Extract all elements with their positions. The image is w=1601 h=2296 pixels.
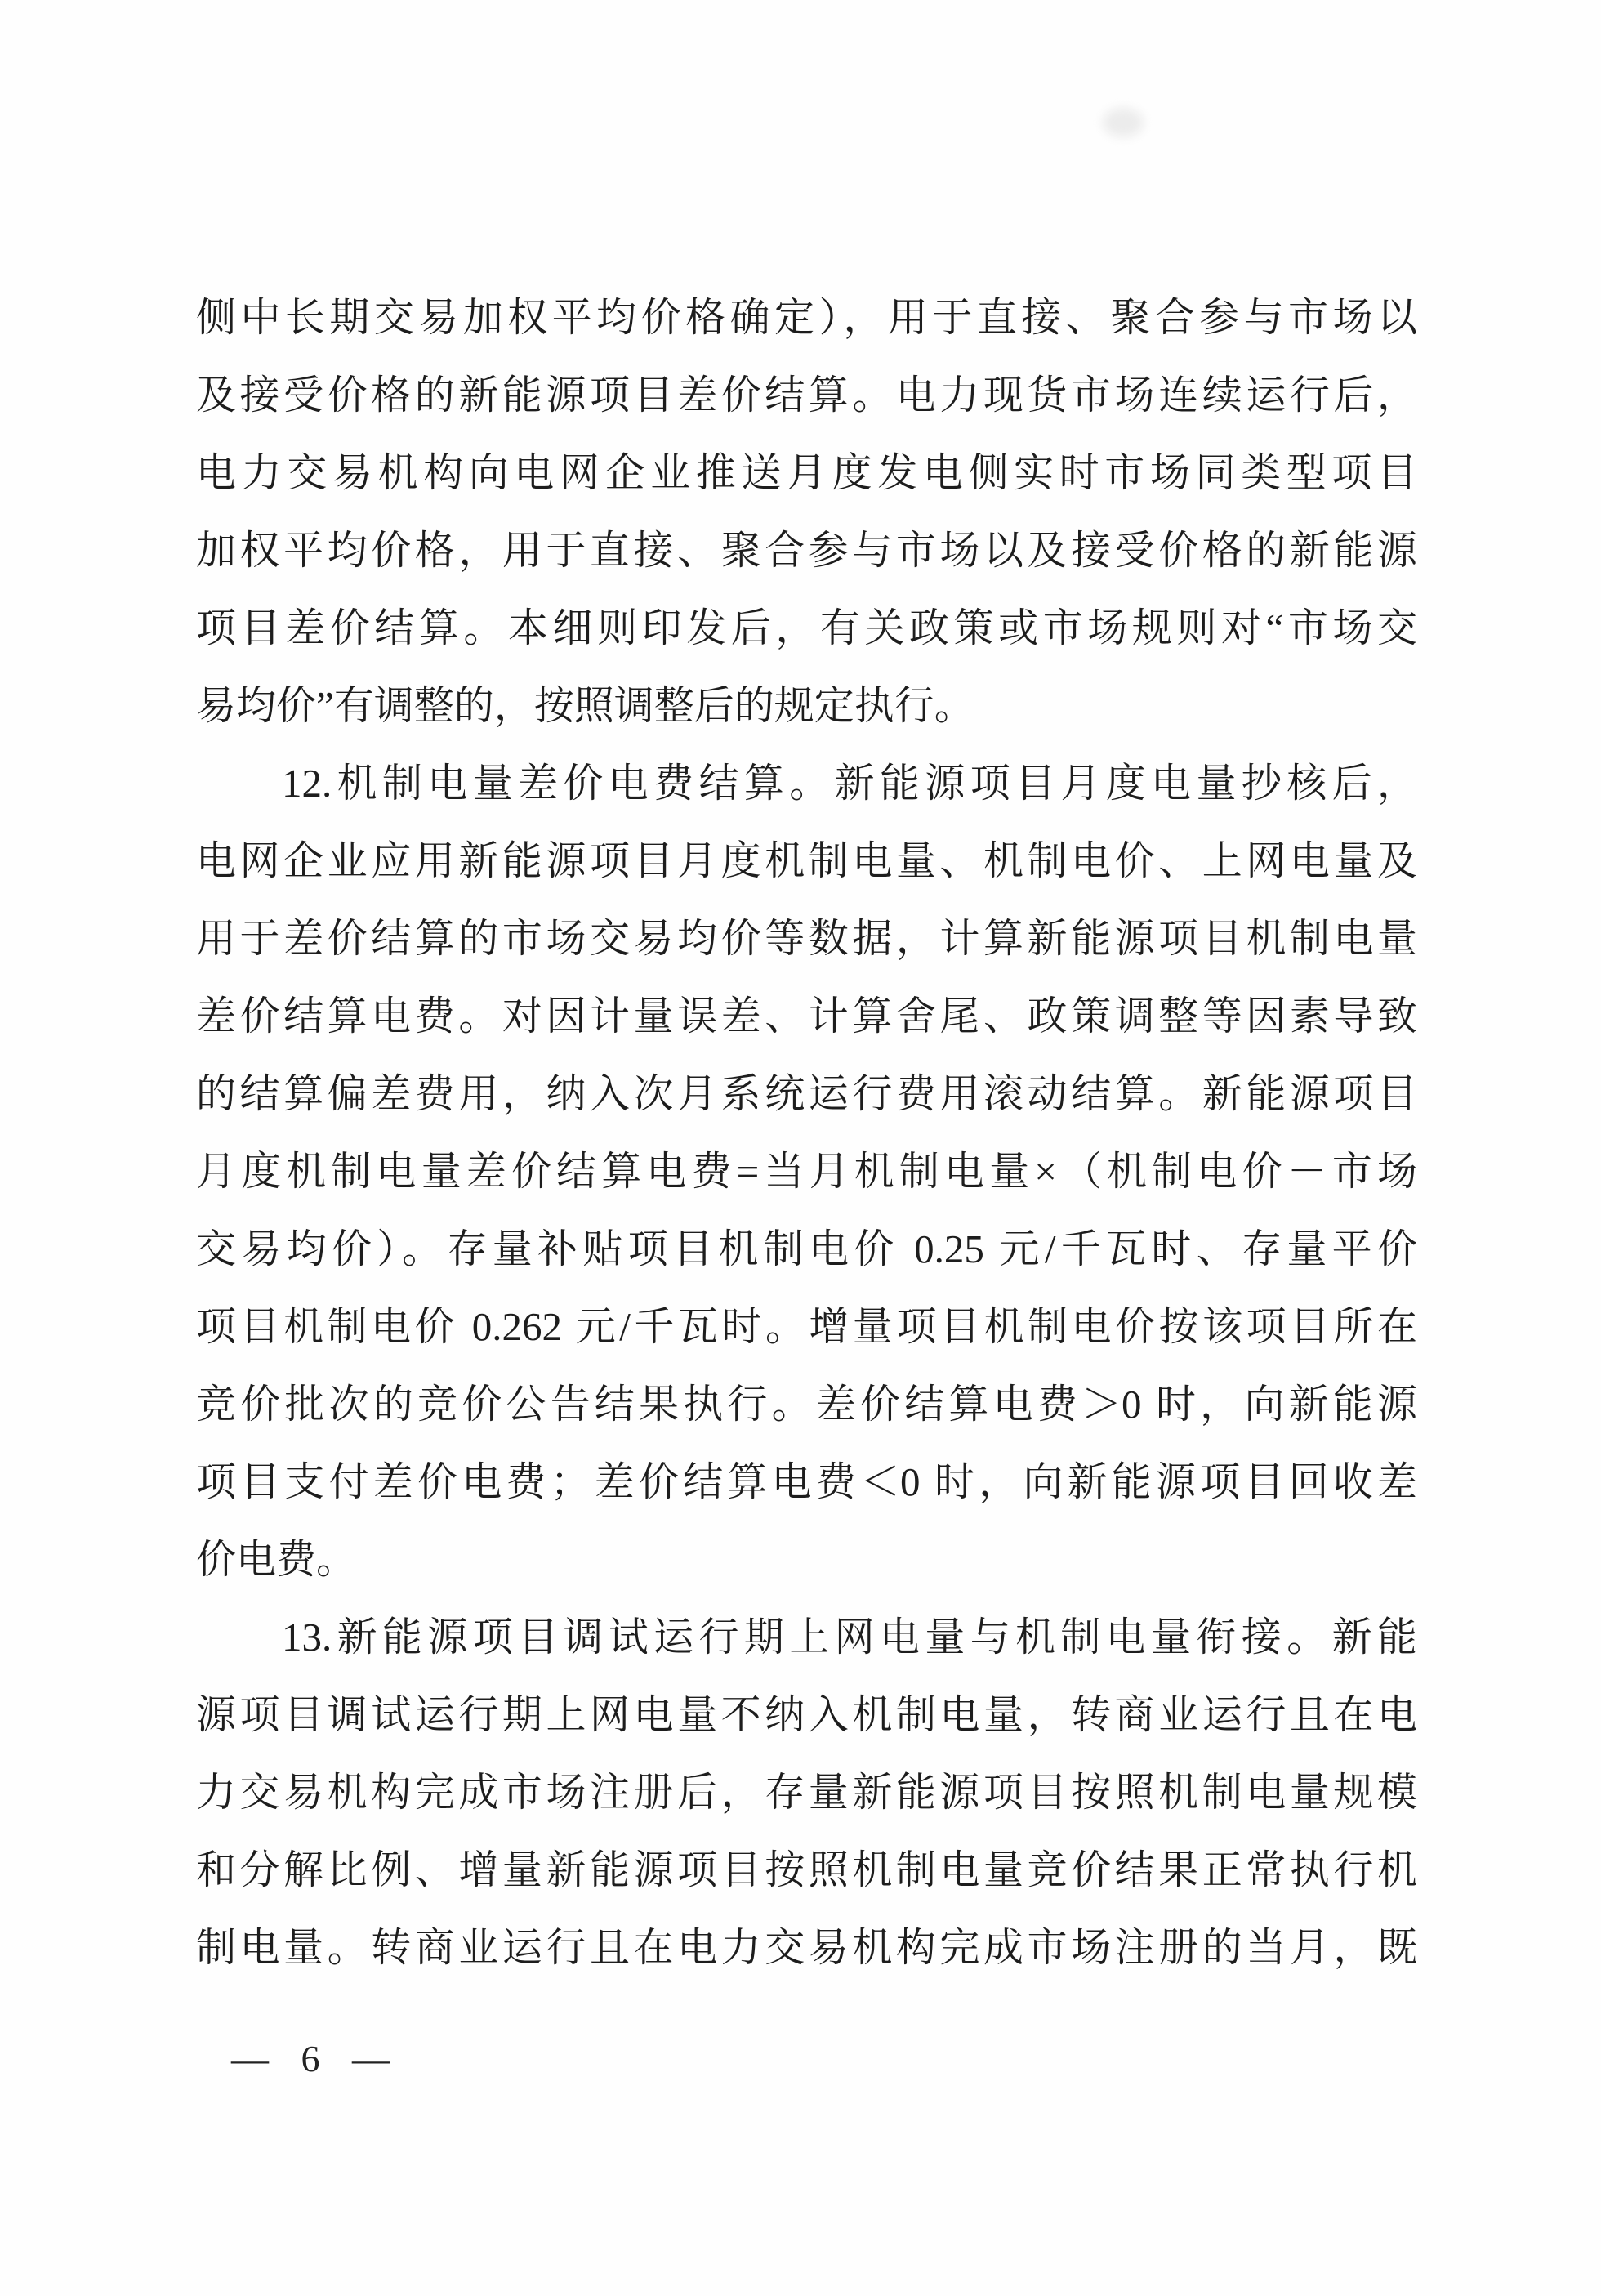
text-line: 侧中长期交易加权平均价格确定），用于直接、聚合参与市场以 — [196, 279, 1417, 356]
page-number: — 6 — — [231, 2025, 401, 2093]
text-line-paragraph-end: 价电费。 — [196, 1521, 1417, 1598]
text-line: 及接受价格的新能源项目差价结算。电力现货市场连续运行后， — [196, 356, 1417, 434]
text-line: 源项目调试运行期上网电量不纳入机制电量，转商业运行且在电 — [196, 1676, 1417, 1753]
document-page: 侧中长期交易加权平均价格确定），用于直接、聚合参与市场以 及接受价格的新能源项目… — [0, 0, 1601, 2296]
text-line: 项目支付差价电费；差价结算电费＜0 时，向新能源项目回收差 — [196, 1443, 1417, 1521]
text-line: 的结算偏差费用，纳入次月系统运行费用滚动结算。新能源项目 — [196, 1055, 1417, 1132]
body-text-block: 侧中长期交易加权平均价格确定），用于直接、聚合参与市场以 及接受价格的新能源项目… — [196, 279, 1417, 1986]
text-line: 制电量。转商业运行且在电力交易机构完成市场注册的当月，既 — [196, 1909, 1417, 1986]
text-line: 竞价批次的竞价公告结果执行。差价结算电费＞0 时，向新能源 — [196, 1365, 1417, 1443]
text-line: 力交易机构完成市场注册后，存量新能源项目按照机制电量规模 — [196, 1753, 1417, 1831]
text-line: 项目机制电价 0.262 元/千瓦时。增量项目机制电价按该项目所在 — [196, 1288, 1417, 1365]
scan-smudge-artifact — [1103, 108, 1144, 137]
text-line: 项目差价结算。本细则印发后，有关政策或市场规则对“市场交 — [196, 589, 1417, 667]
text-line-formula: 月度机制电量差价结算电费=当月机制电量×（机制电价－市场 — [196, 1132, 1417, 1210]
text-line: 电网企业应用新能源项目月度机制电量、机制电价、上网电量及 — [196, 822, 1417, 900]
text-line: 用于差价结算的市场交易均价等数据，计算新能源项目机制电量 — [196, 900, 1417, 977]
text-line-paragraph-end: 易均价”有调整的，按照调整后的规定执行。 — [196, 667, 1417, 744]
text-line: 电力交易机构向电网企业推送月度发电侧实时市场同类型项目 — [196, 434, 1417, 511]
text-line: 交易均价）。存量补贴项目机制电价 0.25 元/千瓦时、存量平价 — [196, 1210, 1417, 1288]
text-line: 差价结算电费。对因计量误差、计算舍尾、政策调整等因素导致 — [196, 977, 1417, 1055]
text-line-item-13-start: 13.新能源项目调试运行期上网电量与机制电量衔接。新能 — [196, 1598, 1417, 1676]
text-line-item-12-start: 12.机制电量差价电费结算。新能源项目月度电量抄核后， — [196, 744, 1417, 822]
text-line: 加权平均价格，用于直接、聚合参与市场以及接受价格的新能源 — [196, 511, 1417, 589]
text-line: 和分解比例、增量新能源项目按照机制电量竞价结果正常执行机 — [196, 1831, 1417, 1909]
